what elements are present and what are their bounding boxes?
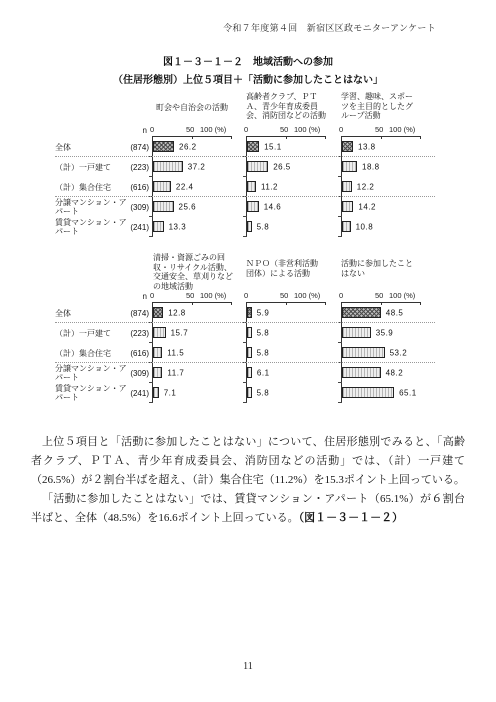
axis-tick-label: 100 (%): [294, 125, 320, 134]
bar-value-label: 15.1: [264, 143, 282, 152]
bar-value-label: 10.8: [356, 223, 374, 232]
bar-cell: 6.1: [246, 363, 342, 383]
bar: [342, 161, 357, 172]
n-column-header: n: [125, 126, 147, 135]
row-n-value: (874): [125, 303, 149, 323]
row-n-value: (616): [125, 177, 149, 197]
bar-value-label: 15.7: [171, 329, 189, 338]
bar-cell: 5.9: [246, 303, 342, 323]
bar-value-label: 35.9: [376, 329, 394, 338]
body-paragraph-1: 上位５項目と「活動に参加したことはない」について、住居形態別でみると、「高齢者ク…: [31, 433, 465, 490]
bar-value-label: 14.2: [358, 203, 376, 212]
bar-value-label: 48.2: [386, 369, 404, 378]
bar-cell: 15.7: [152, 323, 247, 343]
bar: [153, 141, 174, 152]
bar-cell: 14.2: [341, 197, 436, 217]
chart-section-1: 町会や自治会の活動 高齢者クラブ、ＰＴ Ａ、青少年育成委員 会、消防団などの活動…: [0, 90, 496, 237]
bar-value-label: 26.2: [179, 143, 197, 152]
bar-value-label: 22.4: [176, 183, 194, 192]
figure-title: 図１－３－１－２ 地域活動への参加 （住居形態別）上位５項目＋「活動に参加したこ…: [0, 54, 496, 89]
axis-tick-label: 50: [375, 125, 383, 134]
bar: [342, 221, 351, 232]
bar-value-label: 37.2: [188, 163, 206, 172]
bar-cell: 65.1: [341, 383, 436, 403]
bar: [247, 307, 252, 318]
bar: [153, 181, 171, 192]
row-n-value: (616): [125, 343, 149, 363]
table-row: 分譲マンション・アパート(309)11.76.148.2: [0, 363, 496, 383]
n-column-header: n: [125, 292, 147, 301]
axis-row: n 0 50 100 (%) 0 50 100 (%) 0 50 100 (%): [0, 288, 496, 303]
bar: [247, 161, 268, 172]
bar-cell: 12.8: [152, 303, 247, 323]
x-axis: 0 50 100 (%): [341, 119, 421, 137]
chart-column-headers: 町会や自治会の活動 高齢者クラブ、ＰＴ Ａ、青少年育成委員 会、消防団などの活動…: [0, 90, 496, 120]
axis-tick-label: 0: [150, 291, 154, 300]
bar: [342, 201, 353, 212]
bar: [342, 347, 385, 358]
bar: [342, 181, 352, 192]
bar-value-label: 5.9: [257, 309, 270, 318]
bar-cell: 11.7: [152, 363, 247, 383]
row-n-value: (309): [125, 197, 149, 217]
bar-cell: 13.3: [152, 217, 247, 237]
bar-value-label: 5.8: [257, 349, 270, 358]
axis-tick-label: 0: [339, 125, 343, 134]
table-row: 賃貸マンション・アパート(241)7.15.865.1: [0, 383, 496, 403]
bar: [247, 387, 252, 398]
bar: [153, 367, 162, 378]
paragraph-text: 上位５項目と「活動に参加したことはない」について、住居形態別でみると、「高齢者ク…: [31, 436, 465, 486]
axis-tick-label: 50: [186, 125, 194, 134]
figure-reference: （図１－３－１－２）: [299, 512, 404, 524]
row-label: （計）一戸建て: [55, 157, 127, 177]
row-label: 分譲マンション・アパート: [55, 197, 127, 217]
bar-value-label: 13.3: [169, 223, 187, 232]
axis-tick-label: 0: [244, 125, 248, 134]
row-n-value: (241): [125, 383, 149, 403]
bar-value-label: 26.5: [273, 163, 291, 172]
row-n-value: (241): [125, 217, 149, 237]
bar-cell: 12.2: [341, 177, 436, 197]
bar-value-label: 5.8: [257, 389, 270, 398]
chart-title: 町会や自治会の活動: [156, 103, 228, 113]
row-label: （計）集合住宅: [55, 177, 127, 197]
chart-title: ＮＰＯ（非営利活動 団体）による活動: [246, 259, 318, 278]
row-n-value: (223): [125, 323, 149, 343]
axis-tick-label: 0: [339, 291, 343, 300]
bar-cell: 48.2: [341, 363, 436, 383]
bar: [153, 387, 159, 398]
bar: [247, 181, 256, 192]
row-label: （計）一戸建て: [55, 323, 127, 343]
bar-value-label: 11.5: [167, 349, 184, 358]
body-paragraph-2: 「活動に参加したことはない」では、賃貸マンション・アパート（65.1%）が６割台…: [31, 490, 465, 528]
bar: [153, 221, 164, 232]
bar-cell: 26.5: [246, 157, 342, 177]
table-row: （計）集合住宅(616)22.411.212.2: [0, 177, 496, 197]
row-label: 分譲マンション・アパート: [55, 363, 127, 383]
bar-value-label: 48.5: [386, 309, 404, 318]
table-row: 全体(874)26.215.113.8: [0, 137, 496, 157]
bar-cell: 35.9: [341, 323, 436, 343]
bar-cell: 10.8: [341, 217, 436, 237]
bar-cell: 18.8: [341, 157, 436, 177]
bar-cell: 48.5: [341, 303, 436, 323]
axis-tick-label: 100 (%): [389, 125, 415, 134]
bar-value-label: 11.7: [167, 369, 184, 378]
table-row: 全体(874)12.85.948.5: [0, 303, 496, 323]
page-number: 11: [0, 661, 496, 672]
row-n-value: (223): [125, 157, 149, 177]
document-page: 令和７年度第４回 新宿区区政モニターアンケート 図１－３－１－２ 地域活動への参…: [0, 0, 496, 702]
bar-value-label: 6.1: [257, 369, 270, 378]
bar-value-label: 18.8: [362, 163, 380, 172]
table-row: （計）集合住宅(616)11.55.853.2: [0, 343, 496, 363]
row-label: 賃貸マンション・アパート: [55, 217, 127, 237]
bar-cell: 15.1: [246, 137, 342, 157]
bar-cell: 37.2: [152, 157, 247, 177]
chart-title: 高齢者クラブ、ＰＴ Ａ、青少年育成委員 会、消防団などの活動: [246, 92, 326, 121]
axis-tick-label: 100 (%): [389, 291, 415, 300]
axis-row: n 0 50 100 (%) 0 50 100 (%) 0 50 100 (%): [0, 120, 496, 137]
bar: [247, 327, 252, 338]
bar-cell: 14.6: [246, 197, 342, 217]
figure-title-line1: 図１－３－１－２ 地域活動への参加: [0, 54, 496, 72]
bar-value-label: 7.1: [164, 389, 177, 398]
bar-cell: 11.5: [152, 343, 247, 363]
bar-cell: 5.8: [246, 383, 342, 403]
bar: [247, 347, 252, 358]
chart-title: 清掃・資源ごみの回 収・リサイクル活動、 交通安全、草刈りなど の地域活動: [153, 253, 233, 291]
axis-tick-label: 50: [280, 291, 288, 300]
bar-cell: 5.8: [246, 323, 342, 343]
bar: [342, 141, 353, 152]
row-n-value: (309): [125, 363, 149, 383]
axis-tick-label: 0: [150, 125, 154, 134]
bar: [342, 387, 394, 398]
bar-cell: 5.8: [246, 343, 342, 363]
bar: [342, 327, 371, 338]
chart-title: 活動に参加したこと はない: [341, 259, 413, 278]
axis-tick-label: 100 (%): [294, 291, 320, 300]
chart-rows: 全体(874)26.215.113.8（計）一戸建て(223)37.226.51…: [0, 137, 496, 237]
bar: [153, 307, 163, 318]
bar-cell: 11.2: [246, 177, 342, 197]
body-text: 上位５項目と「活動に参加したことはない」について、住居形態別でみると、「高齢者ク…: [31, 433, 465, 528]
bar: [153, 161, 183, 172]
bar: [153, 201, 174, 212]
x-axis: 0 50 100 (%): [341, 287, 421, 303]
bar-value-label: 11.2: [261, 183, 278, 192]
bar: [247, 221, 252, 232]
bar-cell: 5.8: [246, 217, 342, 237]
row-label: 全体: [55, 137, 127, 157]
axis-tick-label: 100 (%): [200, 291, 226, 300]
bar-value-label: 13.8: [358, 143, 376, 152]
row-label: 賃貸マンション・アパート: [55, 383, 127, 403]
chart-rows: 全体(874)12.85.948.5（計）一戸建て(223)15.75.835.…: [0, 303, 496, 403]
table-row: 賃貸マンション・アパート(241)13.35.810.8: [0, 217, 496, 237]
chart-column-headers: 清掃・資源ごみの回 収・リサイクル活動、 交通安全、草刈りなど の地域活動 ＮＰ…: [0, 252, 496, 288]
report-header: 令和７年度第４回 新宿区区政モニターアンケート: [223, 21, 436, 34]
bar: [153, 347, 162, 358]
bar: [342, 367, 381, 378]
bar-value-label: 53.2: [390, 349, 408, 358]
axis-tick-label: 50: [375, 291, 383, 300]
bar-cell: 22.4: [152, 177, 247, 197]
bar-cell: 13.8: [341, 137, 436, 157]
bar: [342, 307, 381, 318]
bar-cell: 7.1: [152, 383, 247, 403]
bar: [247, 201, 259, 212]
chart-title: 学習、趣味、スポー ツを主目的としたグ ループ活動: [341, 92, 413, 121]
x-axis: 0 50 100 (%): [246, 119, 326, 137]
x-axis: 0 50 100 (%): [152, 287, 232, 303]
table-row: （計）一戸建て(223)37.226.518.8: [0, 157, 496, 177]
figure-title-line2: （住居形態別）上位５項目＋「活動に参加したことはない」: [0, 72, 496, 90]
bar-value-label: 14.6: [264, 203, 282, 212]
bar: [153, 327, 166, 338]
bar-cell: 53.2: [341, 343, 436, 363]
chart-section-2: 清掃・資源ごみの回 収・リサイクル活動、 交通安全、草刈りなど の地域活動 ＮＰ…: [0, 252, 496, 403]
x-axis: 0 50 100 (%): [152, 119, 232, 137]
table-row: 分譲マンション・アパート(309)25.614.614.2: [0, 197, 496, 217]
bar-value-label: 12.2: [357, 183, 375, 192]
bar-value-label: 65.1: [399, 389, 417, 398]
bar-value-label: 5.8: [257, 223, 270, 232]
x-axis: 0 50 100 (%): [246, 287, 326, 303]
axis-tick-label: 0: [244, 291, 248, 300]
bar-cell: 26.2: [152, 137, 247, 157]
bar-value-label: 25.6: [179, 203, 197, 212]
bar: [247, 367, 252, 378]
row-label: （計）集合住宅: [55, 343, 127, 363]
axis-tick-label: 50: [280, 125, 288, 134]
table-row: （計）一戸建て(223)15.75.835.9: [0, 323, 496, 343]
bar-value-label: 12.8: [168, 309, 186, 318]
row-label: 全体: [55, 303, 127, 323]
bar: [247, 141, 259, 152]
bar-cell: 25.6: [152, 197, 247, 217]
axis-tick-label: 50: [186, 291, 194, 300]
axis-tick-label: 100 (%): [200, 125, 226, 134]
row-n-value: (874): [125, 137, 149, 157]
bar-value-label: 5.8: [257, 329, 270, 338]
